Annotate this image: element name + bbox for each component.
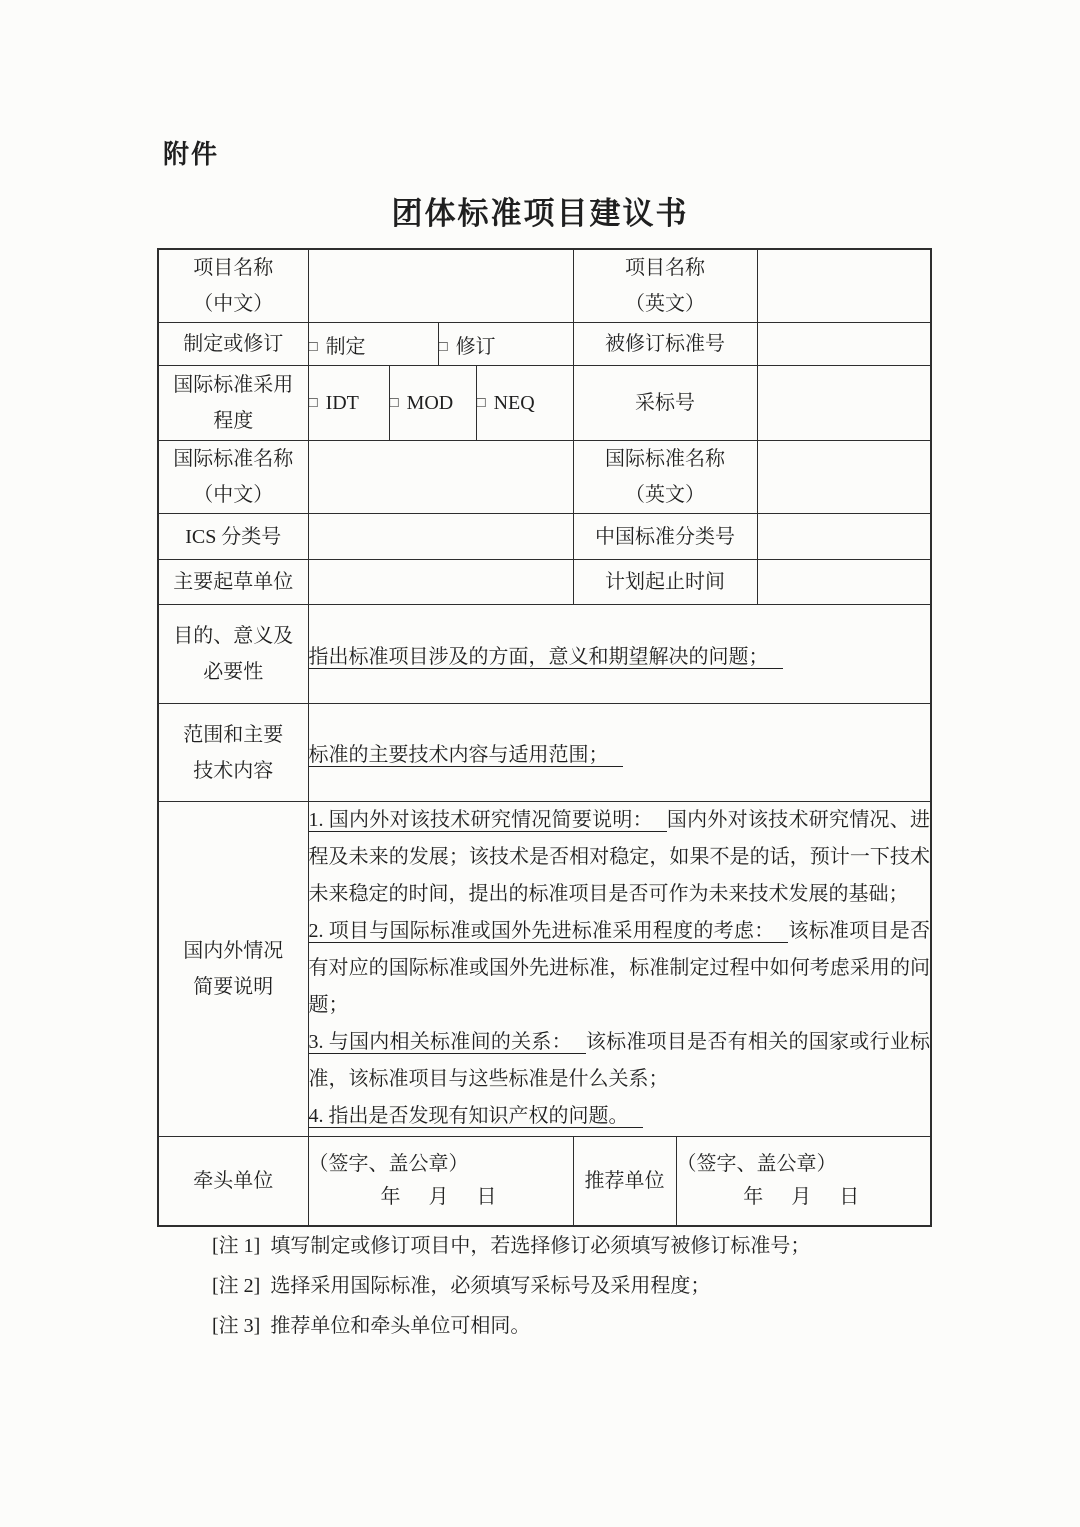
intl-std-name-en-label-line2: （英文） — [574, 477, 757, 513]
overview-label-line2: 简要说明 — [159, 969, 308, 1005]
project-name-cn-label: 项目名称 （中文） — [158, 249, 308, 323]
ics-class-input-cell[interactable] — [308, 514, 573, 560]
lead-unit-label: 牵头单位 — [158, 1137, 308, 1226]
empty-checkbox-icon: □ — [390, 395, 399, 412]
overview-label-line1: 国内外情况 — [159, 933, 308, 969]
intl-adoption-degree-label-line1: 国际标准采用 — [159, 367, 308, 403]
page-title: 团体标准项目建议书 — [0, 188, 1080, 233]
scope-input-cell[interactable]: 标准的主要技术内容与适用范围； — [308, 704, 931, 802]
table-row: 国内外情况 简要说明 1. 国内外对该技术研究情况简要说明：国内外对该技术研究情… — [158, 802, 931, 1137]
project-name-cn-input-cell[interactable] — [308, 249, 573, 323]
overview-item-4: 4. 指出是否发现有知识产权的问题。 — [309, 1098, 931, 1135]
project-name-en-label-line2: （英文） — [574, 286, 757, 322]
table-row: 国际标准采用 程度 □IDT □MOD □NEQ 采标号 — [158, 366, 931, 441]
checkbox-option-neq[interactable]: □NEQ — [476, 366, 573, 441]
overview-item-2-head: 2. 项目与国际标准或国外先进标准采用程度的考虑： — [309, 920, 789, 943]
overview-label: 国内外情况 简要说明 — [158, 802, 308, 1137]
lead-unit-date-hint: 年 月 日 — [309, 1181, 573, 1214]
checkbox-option-idt-label: IDT — [326, 392, 359, 414]
proposal-form-table: 项目名称 （中文） 项目名称 （英文） 制定或修订 □制定 □修订 被修订标准号 — [157, 248, 932, 1227]
china-class-label: 中国标准分类号 — [573, 514, 757, 560]
scope-hint-text: 标准的主要技术内容与适用范围； — [309, 744, 623, 767]
intl-adoption-degree-label-line2: 程度 — [159, 403, 308, 439]
attachment-label: 附件 — [163, 134, 219, 171]
table-row: 项目名称 （中文） 项目名称 （英文） — [158, 249, 931, 323]
intl-std-name-cn-input-cell[interactable] — [308, 441, 573, 514]
checkbox-option-enact-label: 制定 — [326, 336, 366, 358]
checkbox-option-revise[interactable]: □修订 — [438, 323, 573, 366]
checkbox-option-mod[interactable]: □MOD — [389, 366, 476, 441]
project-name-en-label-line1: 项目名称 — [574, 250, 757, 286]
purpose-label: 目的、意义及 必要性 — [158, 605, 308, 704]
checkbox-option-mod-label: MOD — [407, 392, 454, 414]
schedule-input-cell[interactable] — [757, 560, 931, 605]
footnote-3: [注 3]推荐单位和牵头单位可相同。 — [212, 1313, 892, 1340]
table-row: 制定或修订 □制定 □修订 被修订标准号 — [158, 323, 931, 366]
checkbox-option-neq-label: NEQ — [494, 392, 535, 414]
recommend-unit-signature-cell[interactable]: （签字、盖公章） 年 月 日 — [676, 1137, 931, 1226]
ics-class-label: ICS 分类号 — [158, 514, 308, 560]
intl-std-name-en-input-cell[interactable] — [757, 441, 931, 514]
table-row: 范围和主要 技术内容 标准的主要技术内容与适用范围； — [158, 704, 931, 802]
overview-item-1: 1. 国内外对该技术研究情况简要说明：国内外对该技术研究情况、进程及未来的发展；… — [309, 802, 931, 913]
china-class-input-cell[interactable] — [757, 514, 931, 560]
purpose-label-line2: 必要性 — [159, 654, 308, 690]
recommend-unit-sign-hint: （签字、盖公章） — [677, 1148, 931, 1181]
table-row: 目的、意义及 必要性 指出标准项目涉及的方面，意义和期望解决的问题； — [158, 605, 931, 704]
purpose-input-cell[interactable]: 指出标准项目涉及的方面，意义和期望解决的问题； — [308, 605, 931, 704]
empty-checkbox-icon: □ — [477, 395, 486, 412]
checkbox-option-enact[interactable]: □制定 — [308, 323, 438, 366]
empty-checkbox-icon: □ — [309, 395, 318, 412]
overview-item-3: 3. 与国内相关标准间的关系：该标准项目是否有相关的国家或行业标准，该标准项目与… — [309, 1024, 931, 1098]
adoption-code-label: 采标号 — [573, 366, 757, 441]
intl-std-name-en-label-line1: 国际标准名称 — [574, 441, 757, 477]
project-name-cn-label-line2: （中文） — [159, 286, 308, 322]
footnote-2-text: 选择采用国际标准，必须填写采标号及采用程度； — [270, 1275, 710, 1297]
intl-adoption-degree-label: 国际标准采用 程度 — [158, 366, 308, 441]
intl-std-name-en-label: 国际标准名称 （英文） — [573, 441, 757, 514]
overview-item-4-head: 4. 指出是否发现有知识产权的问题。 — [309, 1105, 643, 1128]
footnote-2-tag: [注 2] — [212, 1275, 260, 1297]
overview-item-3-head: 3. 与国内相关标准间的关系： — [309, 1031, 586, 1054]
table-row: 主要起草单位 计划起止时间 — [158, 560, 931, 605]
revised-standard-no-input-cell[interactable] — [757, 323, 931, 366]
intl-std-name-cn-label: 国际标准名称 （中文） — [158, 441, 308, 514]
lead-unit-sign-hint: （签字、盖公章） — [309, 1148, 573, 1181]
purpose-label-line1: 目的、意义及 — [159, 618, 308, 654]
table-row: 国际标准名称 （中文） 国际标准名称 （英文） — [158, 441, 931, 514]
scope-label-line2: 技术内容 — [159, 753, 308, 789]
empty-checkbox-icon: □ — [439, 339, 448, 356]
overview-input-cell[interactable]: 1. 国内外对该技术研究情况简要说明：国内外对该技术研究情况、进程及未来的发展；… — [308, 802, 931, 1137]
footnotes: [注 1]填写制定或修订项目中，若选择修订必须填写被修订标准号； [注 2]选择… — [212, 1233, 892, 1353]
schedule-label: 计划起止时间 — [573, 560, 757, 605]
recommend-unit-label: 推荐单位 — [573, 1137, 676, 1226]
footnote-1-tag: [注 1] — [212, 1235, 260, 1257]
adoption-code-input-cell[interactable] — [757, 366, 931, 441]
footnote-3-tag: [注 3] — [212, 1315, 260, 1337]
checkbox-option-idt[interactable]: □IDT — [308, 366, 389, 441]
scope-label-line1: 范围和主要 — [159, 717, 308, 753]
project-name-cn-label-line1: 项目名称 — [159, 250, 308, 286]
drafting-unit-label: 主要起草单位 — [158, 560, 308, 605]
recommend-unit-date-hint: 年 月 日 — [677, 1181, 931, 1214]
overview-item-2: 2. 项目与国际标准或国外先进标准采用程度的考虑：该标准项目是否有对应的国际标准… — [309, 913, 931, 1024]
project-name-en-input-cell[interactable] — [757, 249, 931, 323]
intl-std-name-cn-label-line2: （中文） — [159, 477, 308, 513]
table-row: ICS 分类号 中国标准分类号 — [158, 514, 931, 560]
checkbox-option-revise-label: 修订 — [456, 336, 496, 358]
develop-or-revise-label: 制定或修订 — [158, 323, 308, 366]
scope-label: 范围和主要 技术内容 — [158, 704, 308, 802]
footnote-3-text: 推荐单位和牵头单位可相同。 — [270, 1315, 530, 1337]
purpose-hint-text: 指出标准项目涉及的方面，意义和期望解决的问题； — [309, 646, 783, 669]
footnote-1-text: 填写制定或修订项目中，若选择修订必须填写被修订标准号； — [270, 1235, 810, 1257]
overview-item-1-head: 1. 国内外对该技术研究情况简要说明： — [309, 809, 667, 832]
footnote-1: [注 1]填写制定或修订项目中，若选择修订必须填写被修订标准号； — [212, 1233, 892, 1260]
table-row: 牵头单位 （签字、盖公章） 年 月 日 推荐单位 （签字、盖公章） 年 月 日 — [158, 1137, 931, 1226]
lead-unit-signature-cell[interactable]: （签字、盖公章） 年 月 日 — [308, 1137, 573, 1226]
project-name-en-label: 项目名称 （英文） — [573, 249, 757, 323]
scanned-document-page: 附件 团体标准项目建议书 项目名称 （中文） 项目名称 （英文） 制定或修订 □… — [0, 0, 1080, 1527]
intl-std-name-cn-label-line1: 国际标准名称 — [159, 441, 308, 477]
footnote-2: [注 2]选择采用国际标准，必须填写采标号及采用程度； — [212, 1273, 892, 1300]
drafting-unit-input-cell[interactable] — [308, 560, 573, 605]
revised-standard-no-label: 被修订标准号 — [573, 323, 757, 366]
empty-checkbox-icon: □ — [309, 339, 318, 356]
